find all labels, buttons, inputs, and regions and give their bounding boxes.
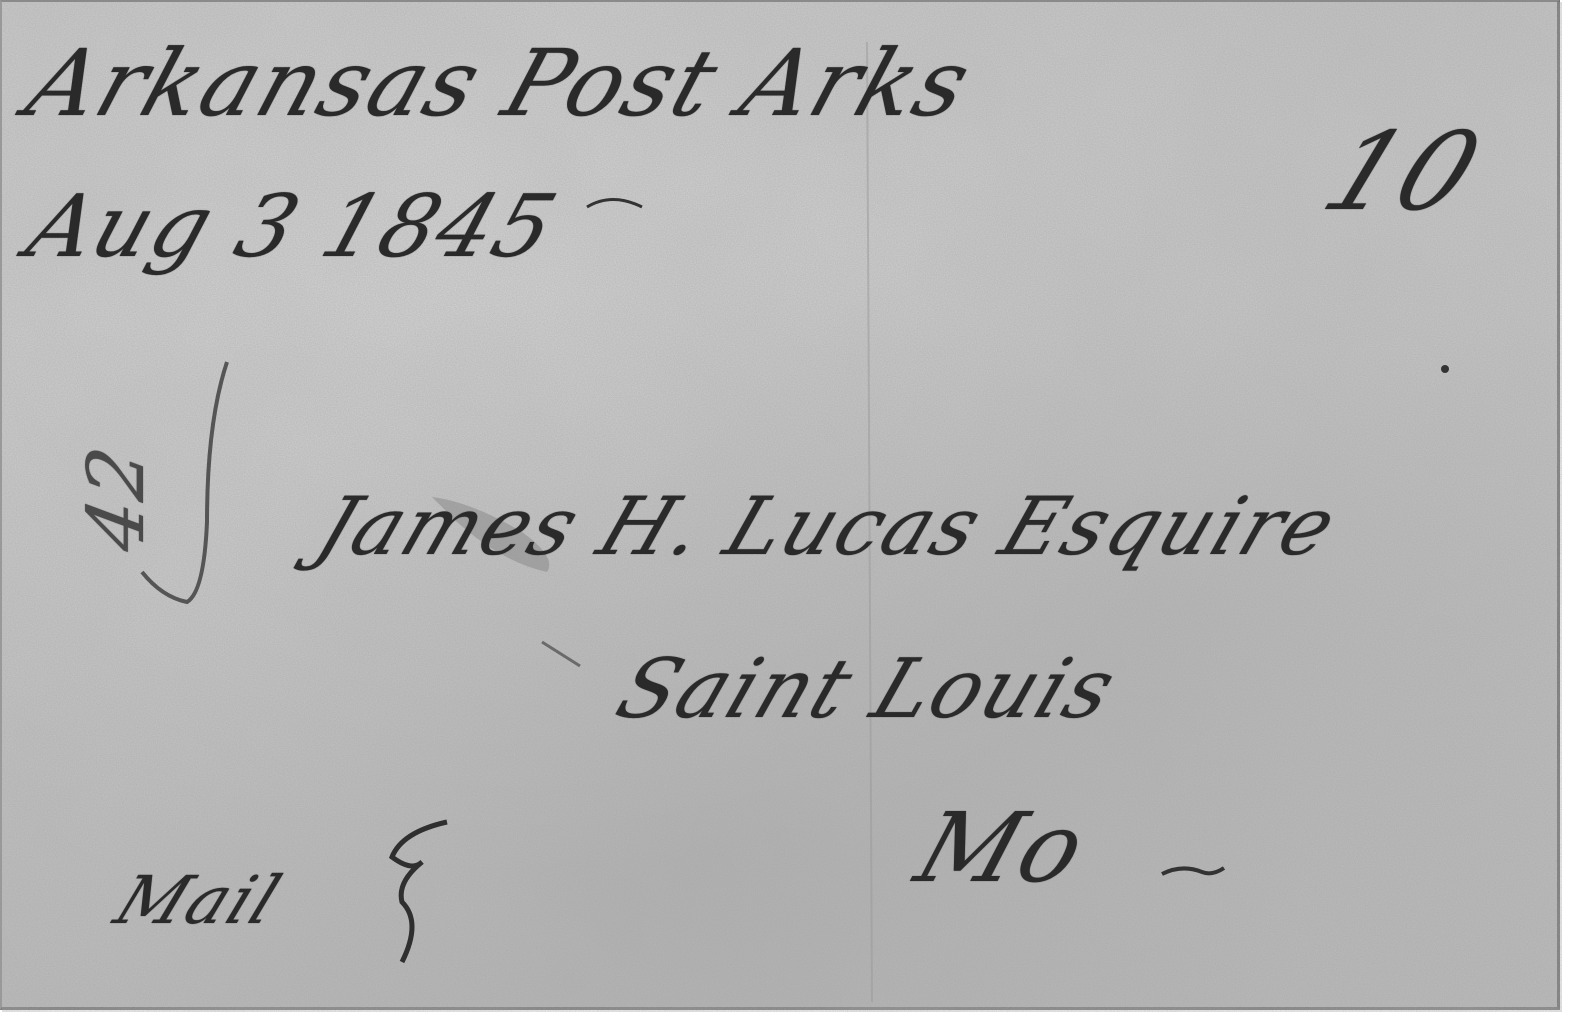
addressee-name: James H. Lucas Esquire bbox=[305, 480, 1350, 573]
letter-cover: Arkansas Post Arks Aug 3 1845 10 James H… bbox=[0, 0, 1560, 1010]
postmark-origin: Arkansas Post Arks bbox=[15, 30, 985, 137]
mail-notation: Mail bbox=[104, 862, 292, 939]
postmark-date: Aug 3 1845 bbox=[16, 177, 569, 277]
address-city: Saint Louis bbox=[605, 642, 1130, 737]
side-docket-number: 42 bbox=[72, 439, 162, 558]
